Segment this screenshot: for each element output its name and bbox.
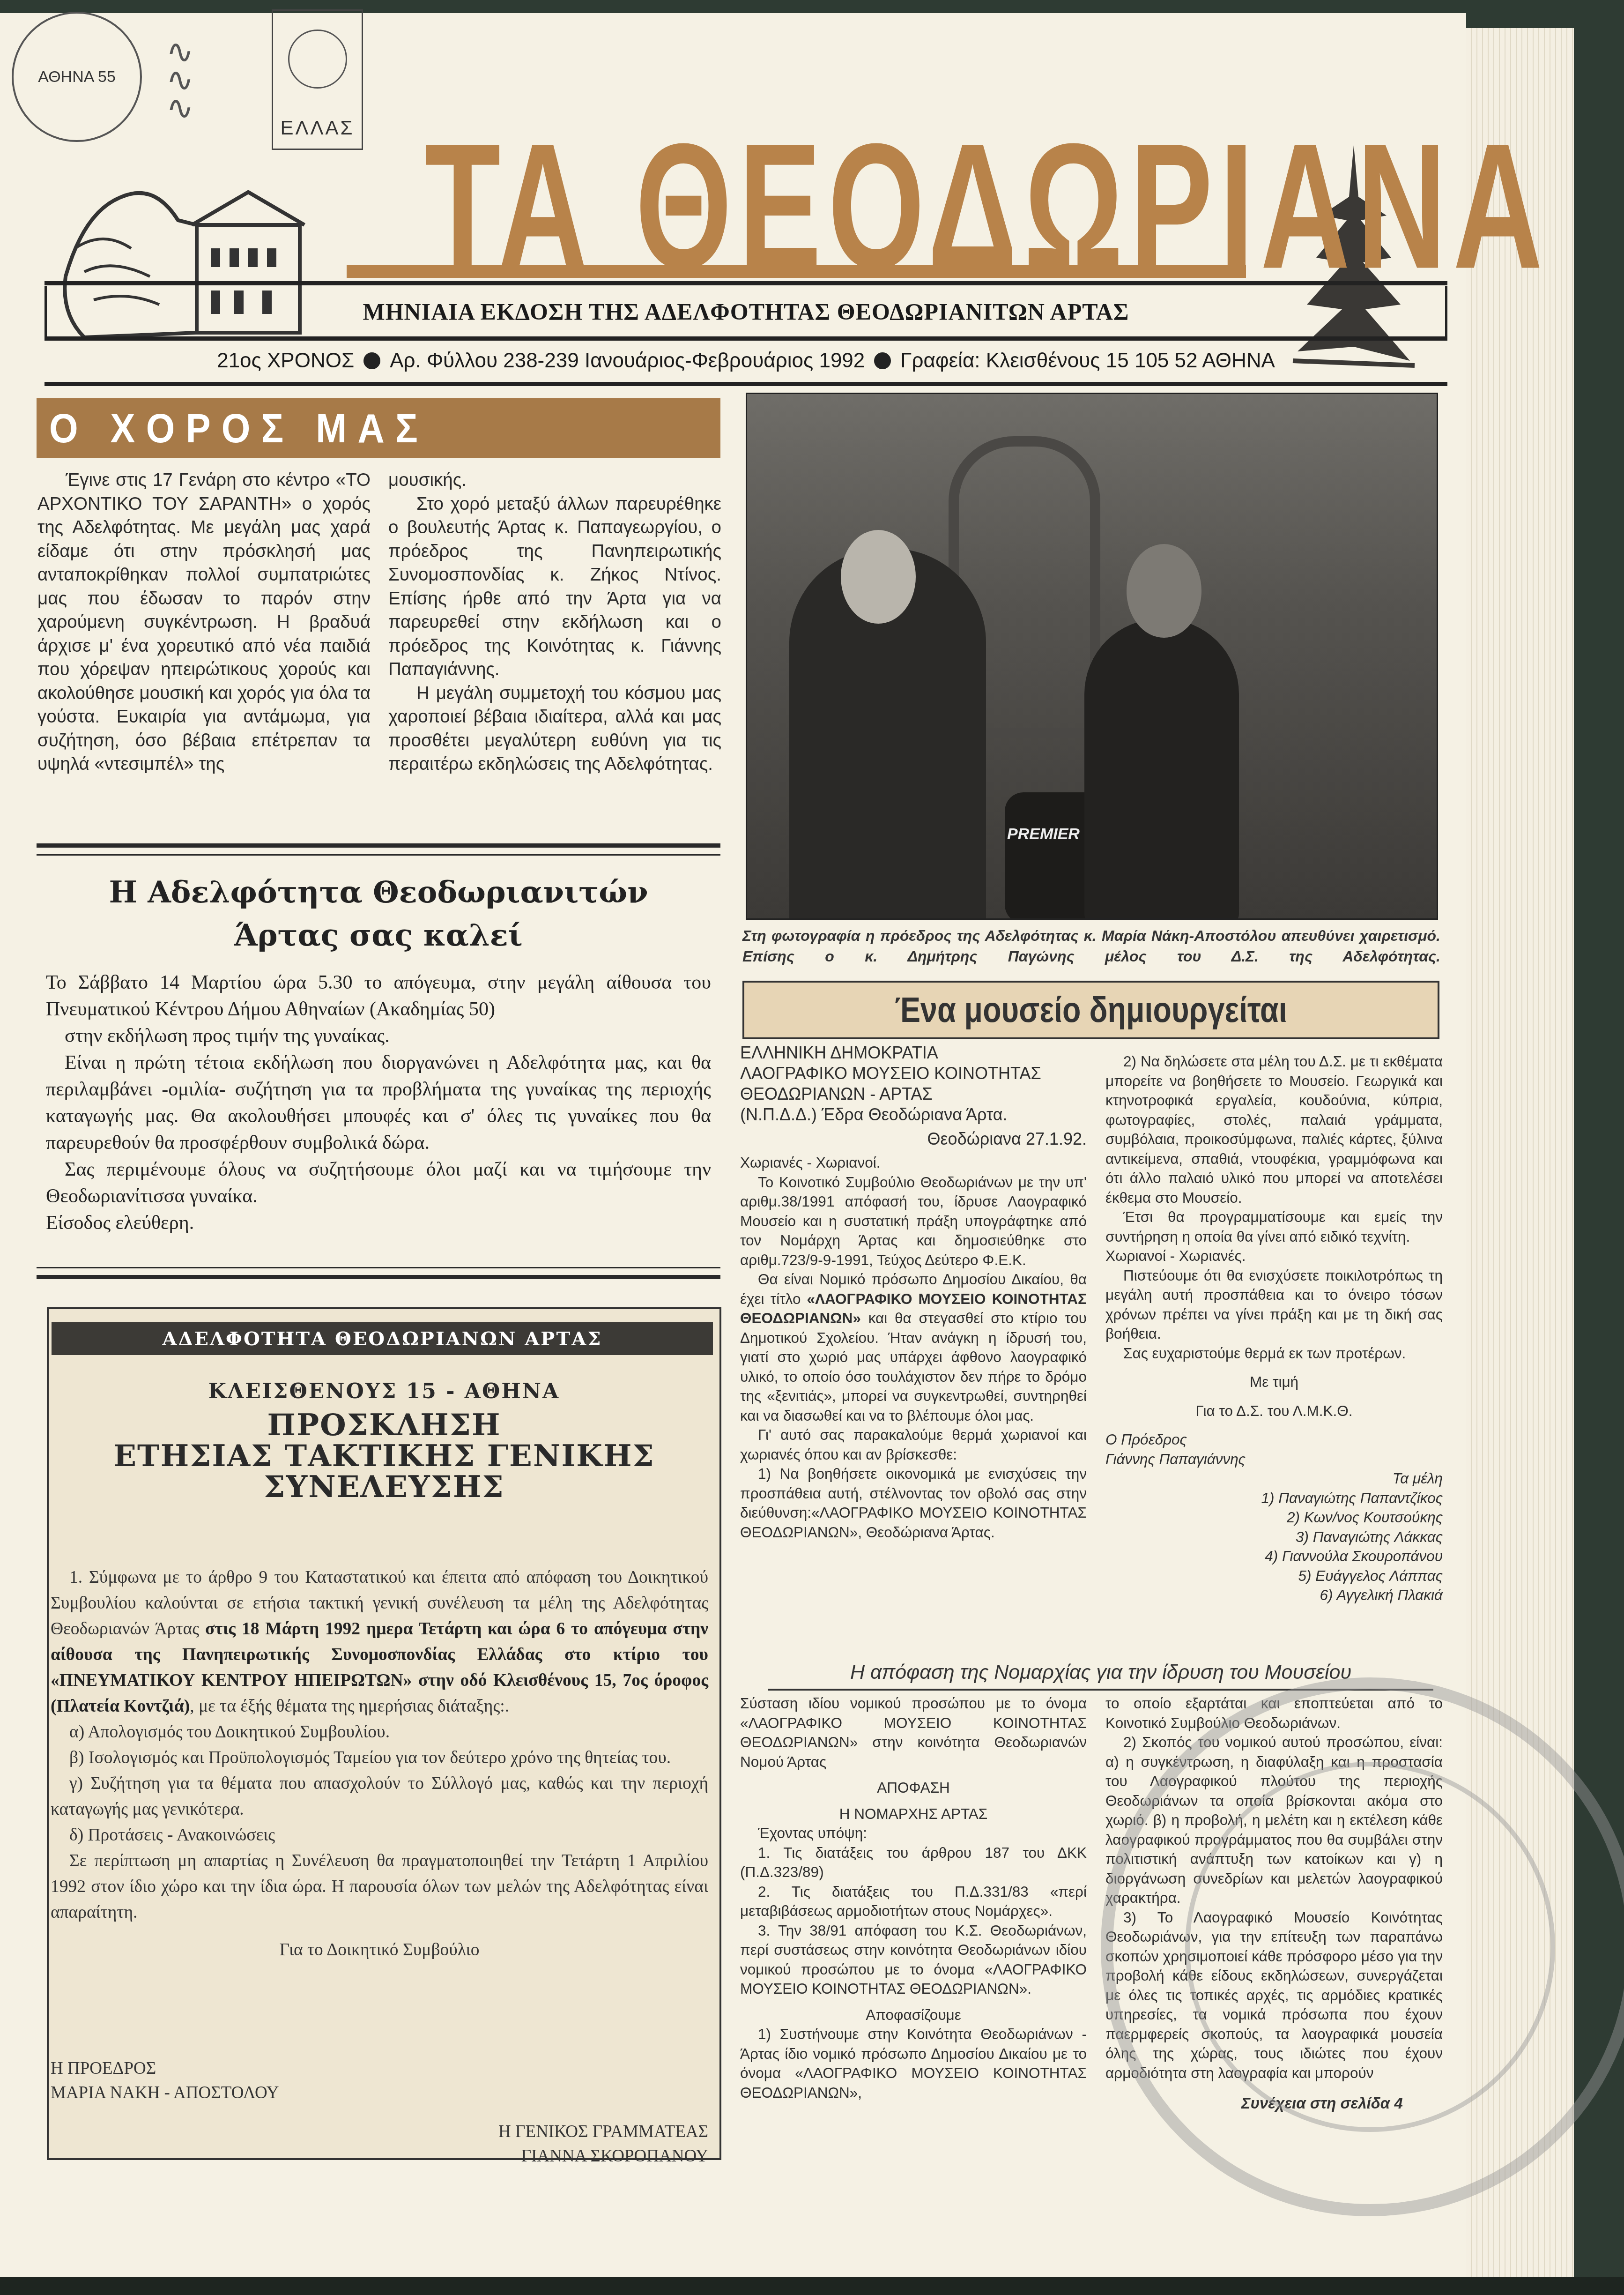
letterhead-line: ΘΕΟΔΩΡΙΑΝΩΝ - ΑΡΤΑΣ [740, 1084, 1087, 1104]
invitation-paragraph: Σας περιμένουμε όλους να συζητήσουμε όλο… [46, 1156, 711, 1210]
decision-we-decide: Αποφασίζουμε [740, 2005, 1087, 2025]
postal-stamp-round: ΑΘΗΝΑ 55 [12, 12, 142, 142]
member-item: 3) Παναγιώτης Λάκκας [1105, 1528, 1443, 1547]
photo-caption: Στη φωτογραφία η πρόεδρος της Αδελφότητα… [742, 925, 1440, 967]
member-item: 2) Κων/νος Κουτσούκης [1105, 1508, 1443, 1528]
dance-paragraph: Έγινε στις 17 Γενάρη στο κέντρο «ΤΟ ΑΡΧΟ… [37, 469, 371, 776]
members-title: Τα μέλη [1105, 1469, 1443, 1489]
decision-intro: Σύσταση ιδίου νομικού προσώπου με το όνο… [740, 1694, 1087, 1772]
rule-middle [44, 336, 1447, 341]
issue-number: Αρ. Φύλλου 238-239 Ιανουάριος-Φεβρουάριο… [390, 349, 865, 373]
museum-paragraph: Πιστεύουμε ότι θα ενισχύσετε ποικιλοτρόπ… [1105, 1266, 1443, 1344]
museum-president-title: Ο Πρόεδρος [1105, 1430, 1443, 1450]
agenda-item: α) Απολογισμός του Δοικητικού Συμβουλίου… [51, 1719, 708, 1745]
assembly-title-line2: ΕΤΗΣΙΑΣ ΤΑΚΤΙΚΗΣ ΓΕΝΙΚΗΣ [113, 1438, 654, 1474]
museum-paragraph: Σας ευχαριστούμε θερμά εκ των προτέρων. [1105, 1344, 1443, 1364]
bullet-icon [874, 352, 891, 369]
museum-paragraph: Γι' αυτό σας παρακαλούμε θερμά χωριανοί … [740, 1425, 1087, 1464]
assembly-title-line3: ΣΥΝΕΛΕΥΣΗΣ [264, 1469, 504, 1505]
museum-paragraph: 1) Να βοηθήσετε οικονομικά με ενισχύσεις… [740, 1464, 1087, 1542]
invitation-box: Η Αδελφότητα Θεοδωριανιτών Άρτας σας καλ… [37, 843, 720, 1279]
member-item: 6) Αγγελική Πλακιά [1105, 1586, 1443, 1605]
bullet-icon [363, 352, 380, 369]
rule-top [44, 281, 1447, 285]
invitation-heading-line1: Η Αδελφότητα Θεοδωριανιτών [109, 875, 648, 910]
invitation-paragraph: Είναι η πρώτη τέτοια εκδήλωση που διοργα… [46, 1050, 711, 1156]
museum-column-left: ΕΛΛΗΝΙΚΗ ΔΗΜΟΚΡΑΤΙΑ ΛΑΟΓΡΑΦΙΚΟ ΜΟΥΣΕΙΟ Κ… [740, 1043, 1087, 1542]
decision-article: 2) Σκοπός του νομικού αυτού προσώπου, εί… [1105, 1733, 1443, 1908]
issue-info-line: 21ος ΧΡΟΝΟΣ Αρ. Φύλλου 238-239 Ιανουάριο… [44, 342, 1447, 380]
binder-cover-right [1574, 0, 1624, 2295]
page-edges [1466, 28, 1574, 2277]
museum-column-right: 2) Να δηλώσετε στα μέλη του Δ.Σ. με τι ε… [1105, 1052, 1443, 1605]
museum-article-heading: Ένα μουσείο δημιουργείται [742, 981, 1439, 1039]
binder-cover-bottom [0, 2277, 1624, 2295]
letter-greeting: Χωριανοί - Χωριανές. [1105, 1246, 1443, 1266]
title-underline-bar [347, 265, 1246, 278]
assembly-title: ΠΡΟΣΚΛΗΣΗ ΕΤΗΣΙΑΣ ΤΑΚΤΙΚΗΣ ΓΕΝΙΚΗΣ ΣΥΝΕΛ… [49, 1410, 719, 1503]
secretary-signature: Η ΓΕΝΙΚΟΣ ΓΡΑΜΜΑΤΕΑΣ ΓΙΑΝΝΑ ΣΚΟΡΟΠΑΝΟΥ [498, 2120, 708, 2168]
decision-article: 1) Συστήνουμε στην Κοινότητα Θεοδωριάνων… [740, 2025, 1087, 2102]
president-name: ΜΑΡΙΑ ΝΑΚΗ - ΑΠΟΣΤΟΛΟΥ [51, 2081, 279, 2105]
letterhead-line: ΛΑΟΓΡΑΦΙΚΟ ΜΟΥΣΕΙΟ ΚΟΙΝΟΤΗΤΑΣ [740, 1063, 1087, 1084]
event-photo: PREMIER [746, 393, 1438, 920]
decision-article: το οποίο εξαρτάται και εποπτεύεται από τ… [1105, 1694, 1443, 1733]
dance-column-1: Έγινε στις 17 Γενάρη στο κέντρο «ΤΟ ΑΡΧΟ… [37, 469, 371, 829]
assembly-title-line1: ΠΡΟΣΚΛΗΣΗ [267, 1408, 501, 1443]
assembly-intro-end: , με τα έξής θέματα της ημερήσιας διάταξ… [190, 1697, 509, 1716]
assembly-quorum: Σε περίπτωση μη απαρτίας η Συνέλευση θα … [51, 1848, 708, 1925]
letter-for-board: Για το Δ.Σ. του Λ.Μ.Κ.Θ. [1105, 1401, 1443, 1421]
agenda-item: β) Ισολογισμός και Προϋπολογισμός Ταμείο… [51, 1745, 708, 1771]
letter-regards: Με τιμή [1105, 1372, 1443, 1392]
letter-greeting: Χωριανές - Χωριανοί. [740, 1153, 1087, 1173]
rule-bottom [44, 382, 1447, 386]
invitation-paragraph: Το Σάββατο 14 Μαρτίου ώρα 5.30 το απόγευ… [46, 969, 711, 1023]
photo-woman [1084, 619, 1239, 920]
assembly-intro: 1. Σύμφωνα με το άρθρο 9 του Καταστατικο… [51, 1565, 708, 1719]
dance-paragraph: Η μεγάλη συμμετοχή του κόσμου μας χαροπο… [388, 682, 721, 776]
president-title: Η ΠΡΟΕΔΡΟΣ [51, 2057, 279, 2081]
museum-paragraph: Το Κοινοτικό Συμβούλιο Θεοδωριάνων με τη… [740, 1173, 1087, 1270]
dance-paragraph: μουσικής. [388, 469, 721, 492]
dance-heading-text: Ο ΧΟΡΟΣ ΜΑΣ [37, 404, 429, 452]
decision-column-left: Σύσταση ιδίου νομικού προσώπου με το όνο… [740, 1694, 1087, 2102]
secretary-name: ΓΙΑΝΝΑ ΣΚΟΡΟΠΑΝΟΥ [498, 2144, 708, 2168]
member-item: 5) Ευάγγελος Λάππας [1105, 1566, 1443, 1586]
invitation-body: Το Σάββατο 14 Μαρτίου ώρα 5.30 το απόγευ… [46, 969, 711, 1237]
dance-article-body: Έγινε στις 17 Γενάρη στο κέντρο «ΤΟ ΑΡΧΟ… [37, 469, 721, 829]
member-item: 4) Γιαννούλα Σκουροπάνου [1105, 1547, 1443, 1566]
assembly-banner-text: ΑΔΕΛΦΟΤΗΤΑ ΘΕΟΔΩΡΙΑΝΩΝ ΑΡΤΑΣ [162, 1328, 602, 1350]
decision-authority: Η ΝΟΜΑΡΧΗΣ ΑΡΤΑΣ [740, 1804, 1087, 1824]
decision-clause: 3. Την 38/91 απόφαση του Κ.Σ. Θεοδωριάνω… [740, 1921, 1087, 1999]
secretary-title: Η ΓΕΝΙΚΟΣ ΓΡΑΜΜΑΤΕΑΣ [498, 2120, 708, 2144]
assembly-notice-box: ΑΔΕΛΦΟΤΗΤΑ ΘΕΟΔΩΡΙΑΝΩΝ ΑΡΤΑΣ ΚΛΕΙΣΘΕΝΟΥΣ… [47, 1307, 721, 2160]
museum-paragraph: 2) Να δηλώσετε στα μέλη του Δ.Σ. με τι ε… [1105, 1052, 1443, 1207]
president-signature: Η ΠΡΟΕΔΡΟΣ ΜΑΡΙΑ ΝΑΚΗ - ΑΠΟΣΤΟΛΟΥ [51, 2057, 279, 2105]
assembly-banner: ΑΔΕΛΦΟΤΗΤΑ ΘΕΟΔΩΡΙΑΝΩΝ ΑΡΤΑΣ [52, 1322, 713, 1355]
decision-clause: 2. Τις διατάξεις του Π.Δ.331/83 «περί με… [740, 1882, 1087, 1921]
postal-stamp-country: ΕΛΛΑΣ [280, 117, 354, 139]
museum-paragraph: Έτσι θα προγραμματίσουμε και εμείς την σ… [1105, 1207, 1443, 1246]
decision-article: 3) Το Λαογραφικό Μουσείο Κοινότητας Θεοδ… [1105, 1908, 1443, 2083]
letterhead-line: ΕΛΛΗΝΙΚΗ ΔΗΜΟΚΡΑΤΙΑ [740, 1043, 1087, 1063]
decision-heading: Η απόφαση της Νομαρχίας για την ίδρυση τ… [768, 1661, 1433, 1691]
decision-clause: 1. Τις διατάξεις του άρθρου 187 του ΔΚΚ … [740, 1843, 1087, 1882]
decision-label: ΑΠΟΦΑΣΗ [740, 1778, 1087, 1798]
assembly-for-board: Για το Δοικητικό Συμβούλιο [51, 1937, 708, 1963]
subtitle-box: ΜΗΝΙΑΙΑ ΕΚΔΟΣΗ ΤΗΣ ΑΔΕΛΦΟΤΗΤΑΣ ΘΕΟΔΩΡΙΑΝ… [44, 286, 1447, 337]
issue-office: Γραφεία: Κλεισθένους 15 105 52 ΑΘΗΝΑ [900, 349, 1275, 373]
museum-president-name: Γιάννης Παπαγιάννης [1105, 1450, 1443, 1469]
drum-label: PREMIER [1007, 825, 1080, 843]
letter-date: Θεοδώριανα 27.1.92. [740, 1125, 1087, 1153]
museum-heading-text: Ένα μουσείο δημιουργείται [895, 990, 1287, 1030]
postal-stamp-box: ΕΛΛΑΣ [272, 9, 363, 150]
p2-end: και θα στεγασθεί στο κτίριο του Δημοτικο… [740, 1310, 1087, 1424]
dance-column-2: μουσικής. Στο χορό μεταξύ άλλων παρευρέθ… [388, 469, 721, 829]
agenda-item: γ) Συζήτηση για τα θέματα που απασχολούν… [51, 1771, 708, 1822]
agenda-item: δ) Προτάσεις - Ανακοινώσεις [51, 1822, 708, 1848]
dance-article-heading: Ο ΧΟΡΟΣ ΜΑΣ [37, 398, 720, 458]
postal-stamp-text: ΑΘΗΝΑ 55 [38, 68, 116, 86]
postmark-waves-icon: ∿∿∿ [166, 37, 194, 122]
letterhead-line: (Ν.Π.Δ.Δ.) Έδρα Θεοδώριανα Άρτα. [740, 1104, 1087, 1125]
newspaper-subtitle: ΜΗΝΙΑΙΑ ΕΚΔΟΣΗ ΤΗΣ ΑΔΕΛΦΟΤΗΤΑΣ ΘΕΟΔΩΡΙΑΝ… [363, 298, 1129, 325]
issue-year: 21ος ΧΡΟΝΟΣ [217, 349, 354, 373]
photo-woman-head [1127, 544, 1201, 638]
photo-man-head [841, 530, 916, 624]
decision-column-right: το οποίο εξαρτάται και εποπτεύεται από τ… [1105, 1694, 1443, 2083]
invitation-paragraph: στην εκδήλωση προς τιμήν της γυναίκας. [46, 1023, 711, 1050]
assembly-text: 1. Σύμφωνα με το άρθρο 9 του Καταστατικο… [51, 1565, 708, 1963]
invitation-heading-line2: Άρτας σας καλεί [234, 918, 522, 953]
invitation-paragraph: Είσοδος ελεύθερη. [46, 1210, 711, 1237]
continued-on-page: Συνέχεια στη σελίδα 4 [1241, 2094, 1403, 2112]
invitation-heading: Η Αδελφότητα Θεοδωριανιτών Άρτας σας καλ… [37, 871, 720, 957]
museum-paragraph: Θα είναι Νομικό πρόσωπο Δημοσίου Δικαίου… [740, 1270, 1087, 1425]
decision-considering: Έχοντας υπόψη: [740, 1824, 1087, 1843]
post-horn-icon [288, 30, 347, 89]
assembly-address: ΚΛΕΙΣΘΕΝΟΥΣ 15 - ΑΘΗΝΑ [49, 1379, 719, 1403]
member-item: 1) Παναγιώτης Παπαντζίκος [1105, 1489, 1443, 1508]
dance-paragraph: Στο χορό μεταξύ άλλων παρευρέθηκε ο βουλ… [388, 492, 721, 682]
